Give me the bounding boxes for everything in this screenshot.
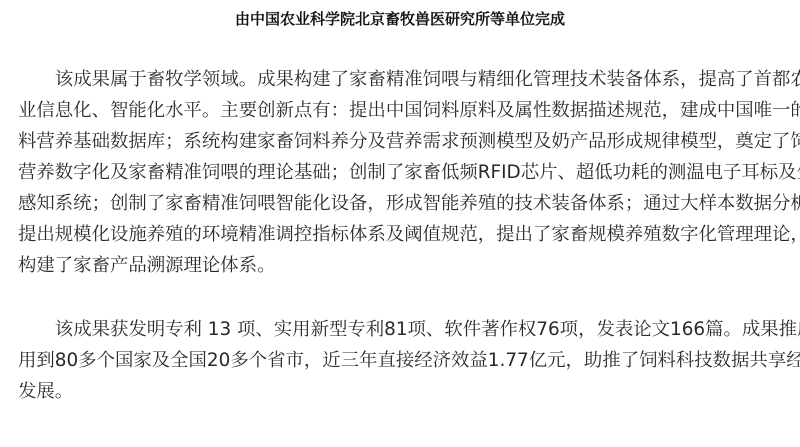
paragraph-line: 用到80多个国家及全国20多个省市，近三年直接经济效益1.77亿元，助推了饲料科… bbox=[18, 345, 784, 376]
paragraph-line: 发展。 bbox=[18, 376, 784, 407]
paragraph-research-summary: 该成果属于畜牧学领域。成果构建了家畜精准饲喂与精细化管理技术装备体系，提高了首都… bbox=[18, 64, 784, 281]
paragraph-line: 营养数字化及家畜精准饲喂的理论基础；创制了家畜低频RFID芯片、超低功耗的测温电… bbox=[18, 157, 784, 188]
paragraph-line: 该成果获发明专利 13 项、实用新型专利81项、软件著作权76项，发表论文166… bbox=[18, 314, 784, 345]
document-page: 由中国农业科学院北京畜牧兽医研究所等单位完成 该成果属于畜牧学领域。成果构建了家… bbox=[0, 0, 800, 447]
paragraph-line: 提出规模化设施养殖的环境精准调控指标体系及阈值规范，提出了家畜规模养殖数字化管理… bbox=[18, 219, 784, 250]
paragraph-achievements: 该成果获发明专利 13 项、实用新型专利81项、软件著作权76项，发表论文166… bbox=[18, 314, 784, 407]
paragraph-line: 业信息化、智能化水平。主要创新点有：提出中国饲料原料及属性数据描述规范，建成中国… bbox=[18, 95, 784, 126]
paragraph-line: 感知系统；创制了家畜精准饲喂智能化设备，形成智能养殖的技术装备体系；通过大样本数… bbox=[18, 188, 784, 219]
paragraph-line: 该成果属于畜牧学领域。成果构建了家畜精准饲喂与精细化管理技术装备体系，提高了首都… bbox=[18, 64, 784, 95]
document-title: 由中国农业科学院北京畜牧兽医研究所等单位完成 bbox=[0, 8, 800, 30]
paragraph-line: 料营养基础数据库；系统构建家畜饲料养分及营养需求预测模型及奶产品形成规律模型，奠… bbox=[18, 126, 784, 157]
paragraph-line: 构建了家畜产品溯源理论体系。 bbox=[18, 250, 784, 281]
